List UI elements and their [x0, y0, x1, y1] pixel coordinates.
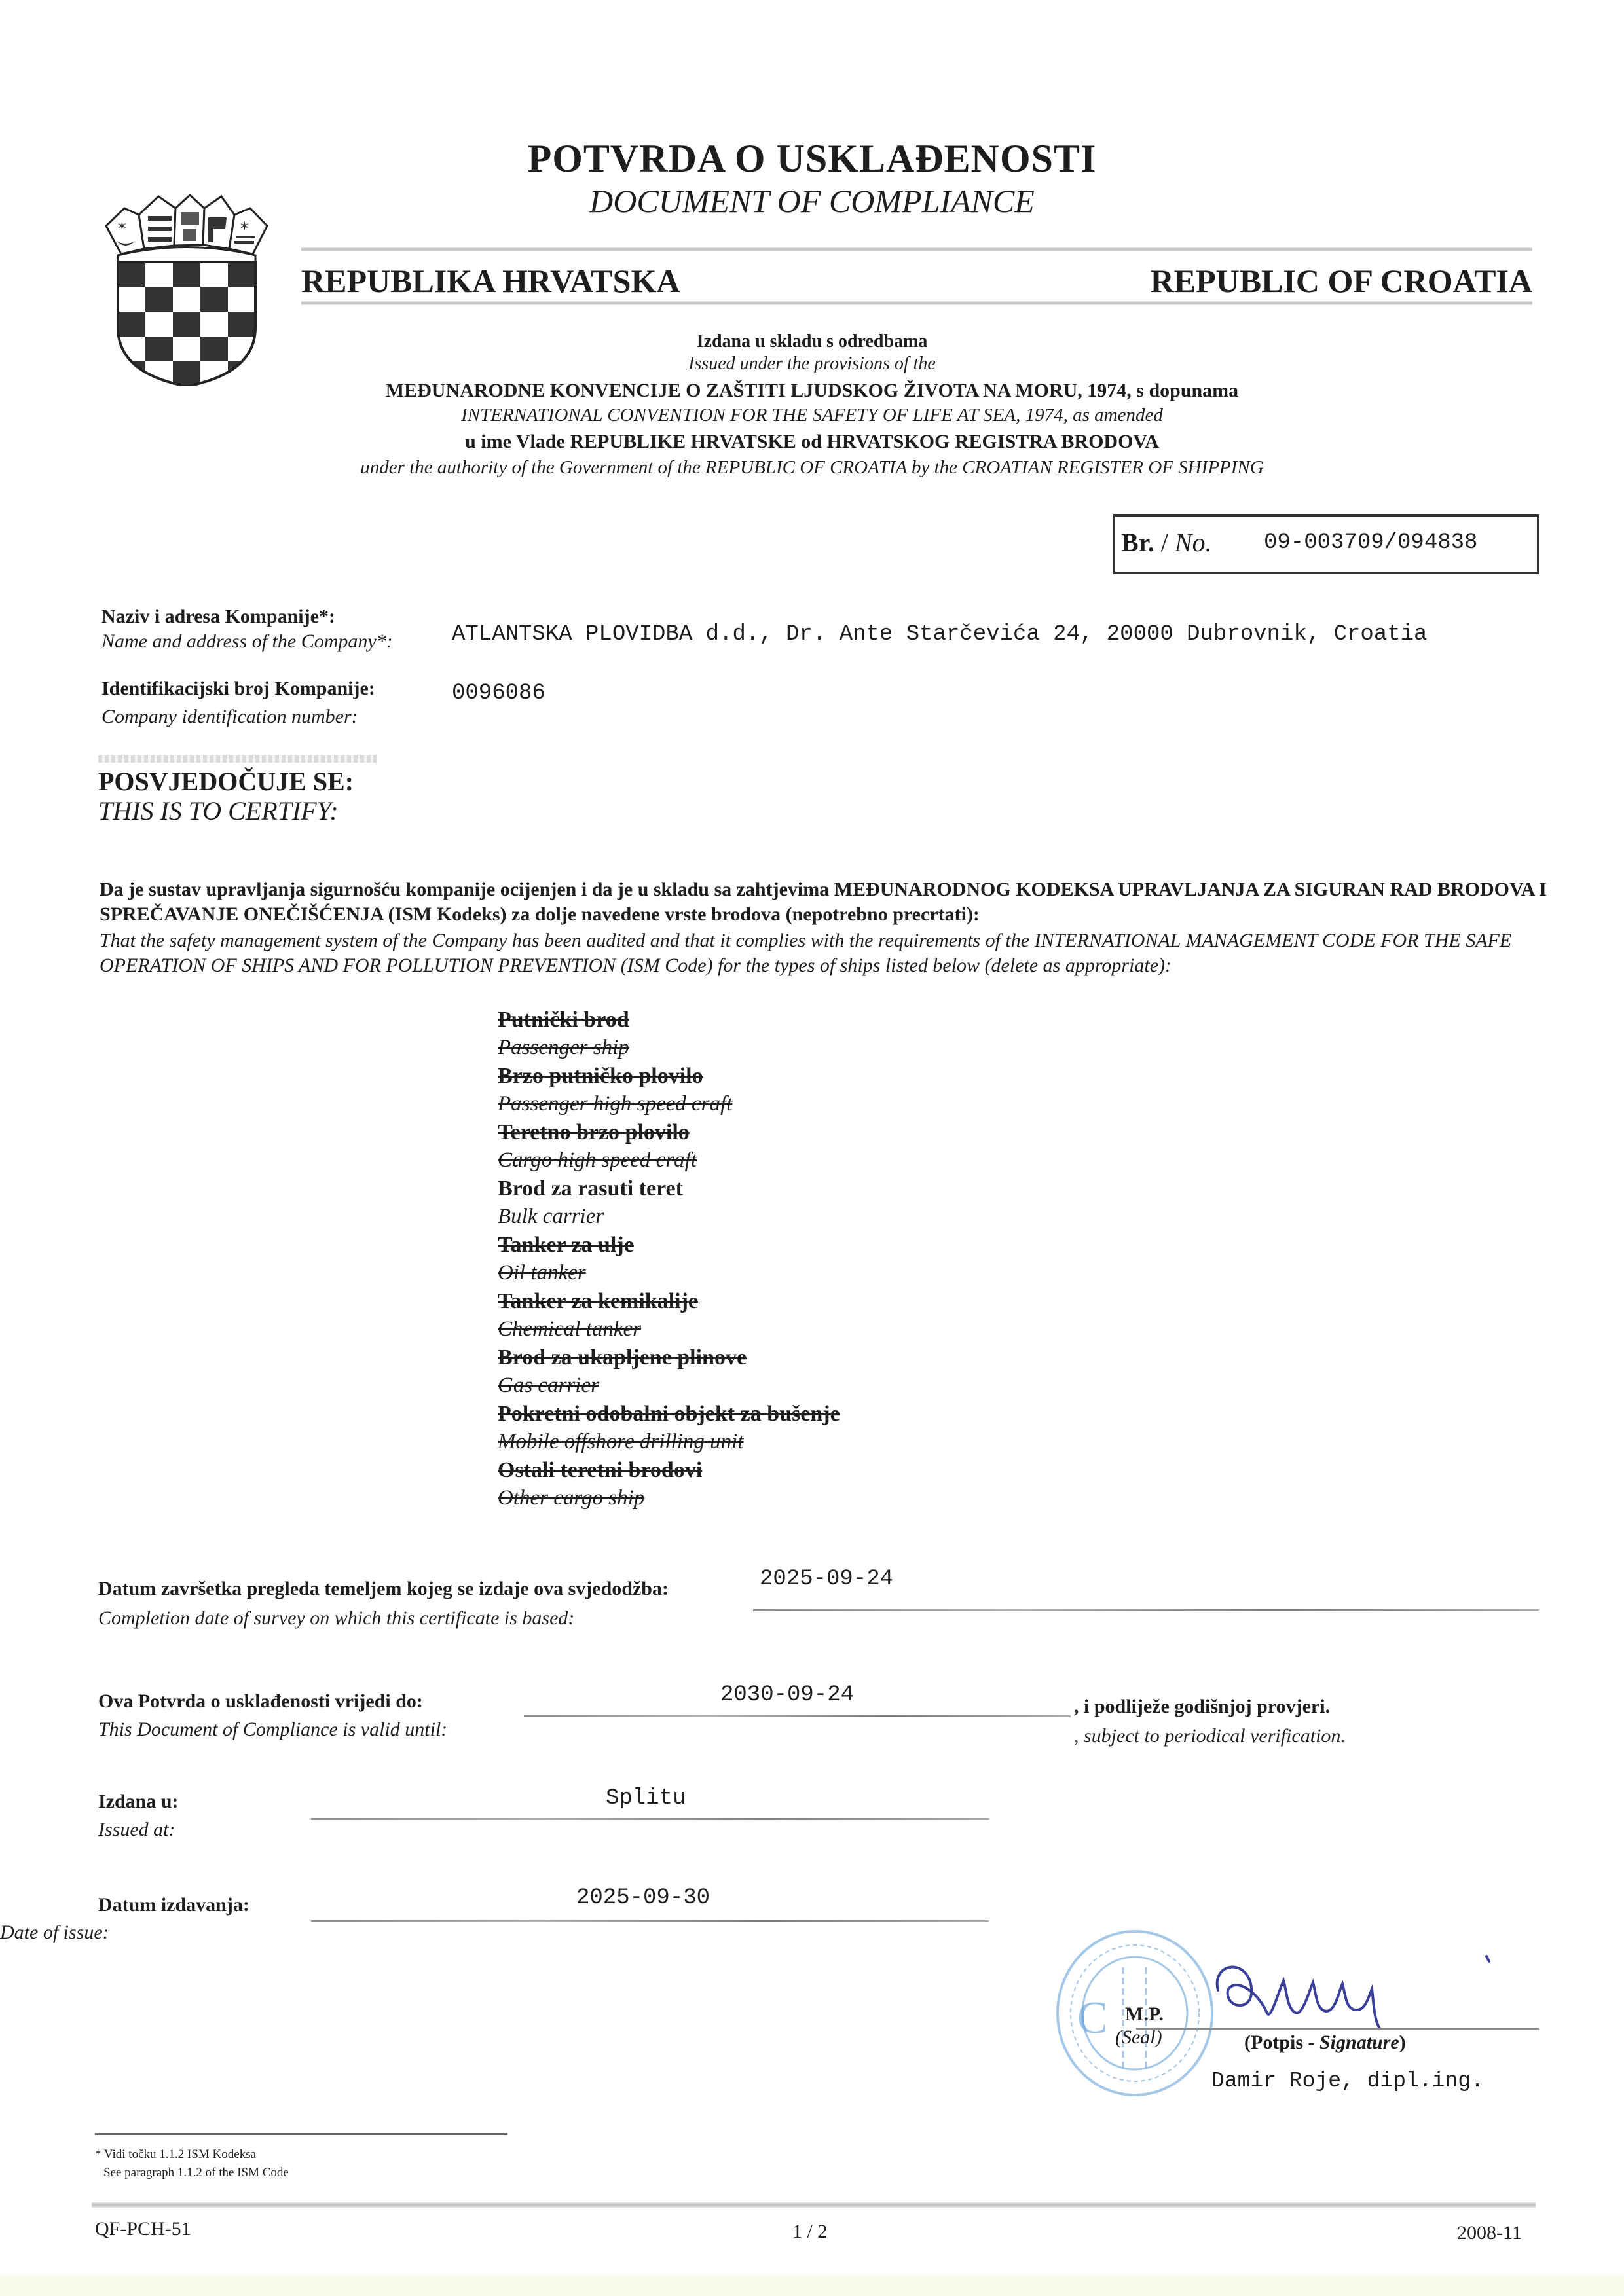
certify-heading-hr: POSVJEDOČUJE SE: [98, 766, 354, 797]
svg-text:C: C [1077, 1993, 1108, 2043]
country-name-croatian: REPUBLIKA HRVATSKA [301, 262, 680, 300]
certify-text-hr: Da je sustav upravljanja sigurnošću komp… [100, 877, 1560, 927]
provisions-line-en: Issued under the provisions of the [0, 354, 1624, 374]
ship-type-item: Tanker za kemikalijeChemical tanker [498, 1287, 840, 1343]
authority-en: under the authority of the Government of… [0, 457, 1624, 479]
company-name-label-en: Name and address of the Company*: [101, 630, 393, 653]
issue-date-label-en: Date of issue: [0, 1922, 109, 1944]
ship-type-name-en: Bulk carrier [498, 1203, 840, 1231]
page-number: 1 / 2 [792, 2221, 827, 2243]
verification-note-en: , subject to periodical verification. [1074, 1725, 1346, 1747]
survey-date-value: 2025-09-24 [760, 1567, 893, 1592]
document-number-label-hr: Br. [1121, 528, 1154, 557]
svg-text:✶: ✶ [117, 219, 128, 234]
document-number-label-en: No. [1175, 528, 1212, 557]
issue-date-label-hr: Datum izdavanja: [98, 1894, 249, 1916]
authority-hr: u ime Vlade REPUBLIKE HRVATSKE od HRVATS… [0, 431, 1624, 453]
footnote-en: See paragraph 1.1.2 of the ISM Code [103, 2166, 289, 2180]
company-id-label-en: Company identification number: [101, 706, 358, 728]
ship-type-name-hr: Tanker za ulje [498, 1231, 840, 1259]
issue-date-underline [311, 1920, 989, 1922]
footnote-hr: * Vidi točku 1.1.2 ISM Kodeksa [95, 2147, 256, 2162]
svg-text:✶: ✶ [239, 219, 250, 234]
verification-note-hr: , i podliježe godišnjoj provjeri. [1074, 1696, 1330, 1718]
signature-line [1136, 2028, 1539, 2030]
ship-type-name-en: Other cargo ship [498, 1484, 840, 1512]
scan-artifact-strip [98, 755, 377, 763]
signature-label-close: ) [1399, 2032, 1406, 2053]
ship-type-name-en: Cargo high speed craft [498, 1146, 840, 1175]
ship-type-name-hr: Putnički brod [498, 1006, 840, 1034]
ship-type-name-en: Passenger high speed craft [498, 1090, 840, 1118]
scan-edge [0, 2275, 1624, 2296]
valid-until-value: 2030-09-24 [720, 1683, 854, 1707]
document-number-label: Br. / No. [1121, 527, 1212, 558]
ship-type-item: Brod za ukapljene plinoveGas carrier [498, 1343, 840, 1400]
signature-label: (Potpis - Signature) [1244, 2032, 1406, 2054]
convention-name-en: INTERNATIONAL CONVENTION FOR THE SAFETY … [0, 405, 1624, 426]
header-rule-bottom [301, 301, 1532, 305]
document-number-value: 09-003709/094838 [1264, 530, 1477, 555]
ship-type-item: Teretno brzo ploviloCargo high speed cra… [498, 1118, 840, 1175]
issued-at-label-en: Issued at: [98, 1819, 175, 1841]
ship-type-name-hr: Brod za rasuti teret [498, 1175, 840, 1203]
issue-date-value: 2025-09-30 [576, 1886, 710, 1910]
company-name-label-hr: Naziv i adresa Kompanije*: [101, 606, 335, 628]
survey-date-label-en: Completion date of survey on which this … [98, 1607, 574, 1630]
provisions-line-hr: Izdana u skladu s odredbama [0, 331, 1624, 352]
ship-type-item: Ostali teretni brodoviOther cargo ship [498, 1456, 840, 1512]
ship-type-name-en: Chemical tanker [498, 1315, 840, 1343]
convention-name-hr: MEĐUNARODNE KONVENCIJE O ZAŠTITI LJUDSKO… [0, 380, 1624, 402]
ship-type-name-en: Passenger ship [498, 1034, 840, 1062]
country-name-english: REPUBLIC OF CROATIA [1151, 262, 1532, 300]
ship-type-item: Tanker za uljeOil tanker [498, 1231, 840, 1287]
header-rule-top [301, 247, 1532, 251]
handwritten-signature-icon [1205, 1951, 1532, 2030]
seal-label-en: (Seal) [1115, 2026, 1162, 2049]
valid-until-underline [524, 1715, 1071, 1717]
ship-type-item: Brod za rasuti teretBulk carrier [498, 1175, 840, 1231]
seal-label-hr: M.P. [1125, 2003, 1164, 2026]
ship-type-name-en: Gas carrier [498, 1372, 840, 1400]
ship-type-name-hr: Teretno brzo plovilo [498, 1118, 840, 1146]
ship-type-name-en: Oil tanker [498, 1259, 840, 1287]
ship-type-item: Pokretni odobalni objekt za bušenjeMobil… [498, 1400, 840, 1456]
ship-type-name-hr: Brzo putničko plovilo [498, 1062, 840, 1090]
ship-type-item: Putnički brodPassenger ship [498, 1006, 840, 1062]
form-revision: 2008-11 [1457, 2222, 1522, 2244]
footer-rule [92, 2202, 1536, 2208]
ship-types-list: Putnički brodPassenger shipBrzo putničko… [498, 1006, 840, 1512]
signature-label-en: Signature [1319, 2032, 1399, 2053]
valid-until-label-en: This Document of Compliance is valid unt… [98, 1719, 447, 1741]
form-code: QF-PCH-51 [95, 2218, 191, 2240]
footnote-divider [95, 2133, 507, 2135]
company-id-value: 0096086 [452, 681, 545, 706]
company-name-value: ATLANTSKA PLOVIDBA d.d., Dr. Ante Starče… [452, 622, 1427, 647]
signature-label-hr: (Potpis - [1244, 2032, 1319, 2053]
ship-type-name-en: Mobile offshore drilling unit [498, 1428, 840, 1456]
ship-type-name-hr: Tanker za kemikalije [498, 1287, 840, 1315]
survey-date-underline [753, 1609, 1539, 1611]
ship-type-item: Brzo putničko ploviloPassenger high spee… [498, 1062, 840, 1118]
certify-text-en: That the safety management system of the… [100, 928, 1560, 978]
company-id-label-hr: Identifikacijski broj Kompanije: [101, 678, 375, 700]
document-title: POTVRDA O USKLAĐENOSTI [0, 136, 1624, 181]
issued-at-value: Splitu [606, 1786, 686, 1811]
signer-name: Damir Roje, dipl.ing. [1211, 2069, 1484, 2093]
valid-until-label-hr: Ova Potvrda o usklađenosti vrijedi do: [98, 1690, 423, 1713]
certify-heading-en: THIS IS TO CERTIFY: [98, 795, 339, 826]
ship-type-name-hr: Pokretni odobalni objekt za bušenje [498, 1400, 840, 1428]
ship-type-name-hr: Ostali teretni brodovi [498, 1456, 840, 1484]
survey-date-label-hr: Datum završetka pregleda temeljem kojeg … [98, 1578, 669, 1600]
ship-type-name-hr: Brod za ukapljene plinove [498, 1343, 840, 1372]
issued-at-underline [311, 1818, 989, 1820]
document-number-label-separator: / [1154, 528, 1175, 557]
issued-at-label-hr: Izdana u: [98, 1791, 179, 1813]
